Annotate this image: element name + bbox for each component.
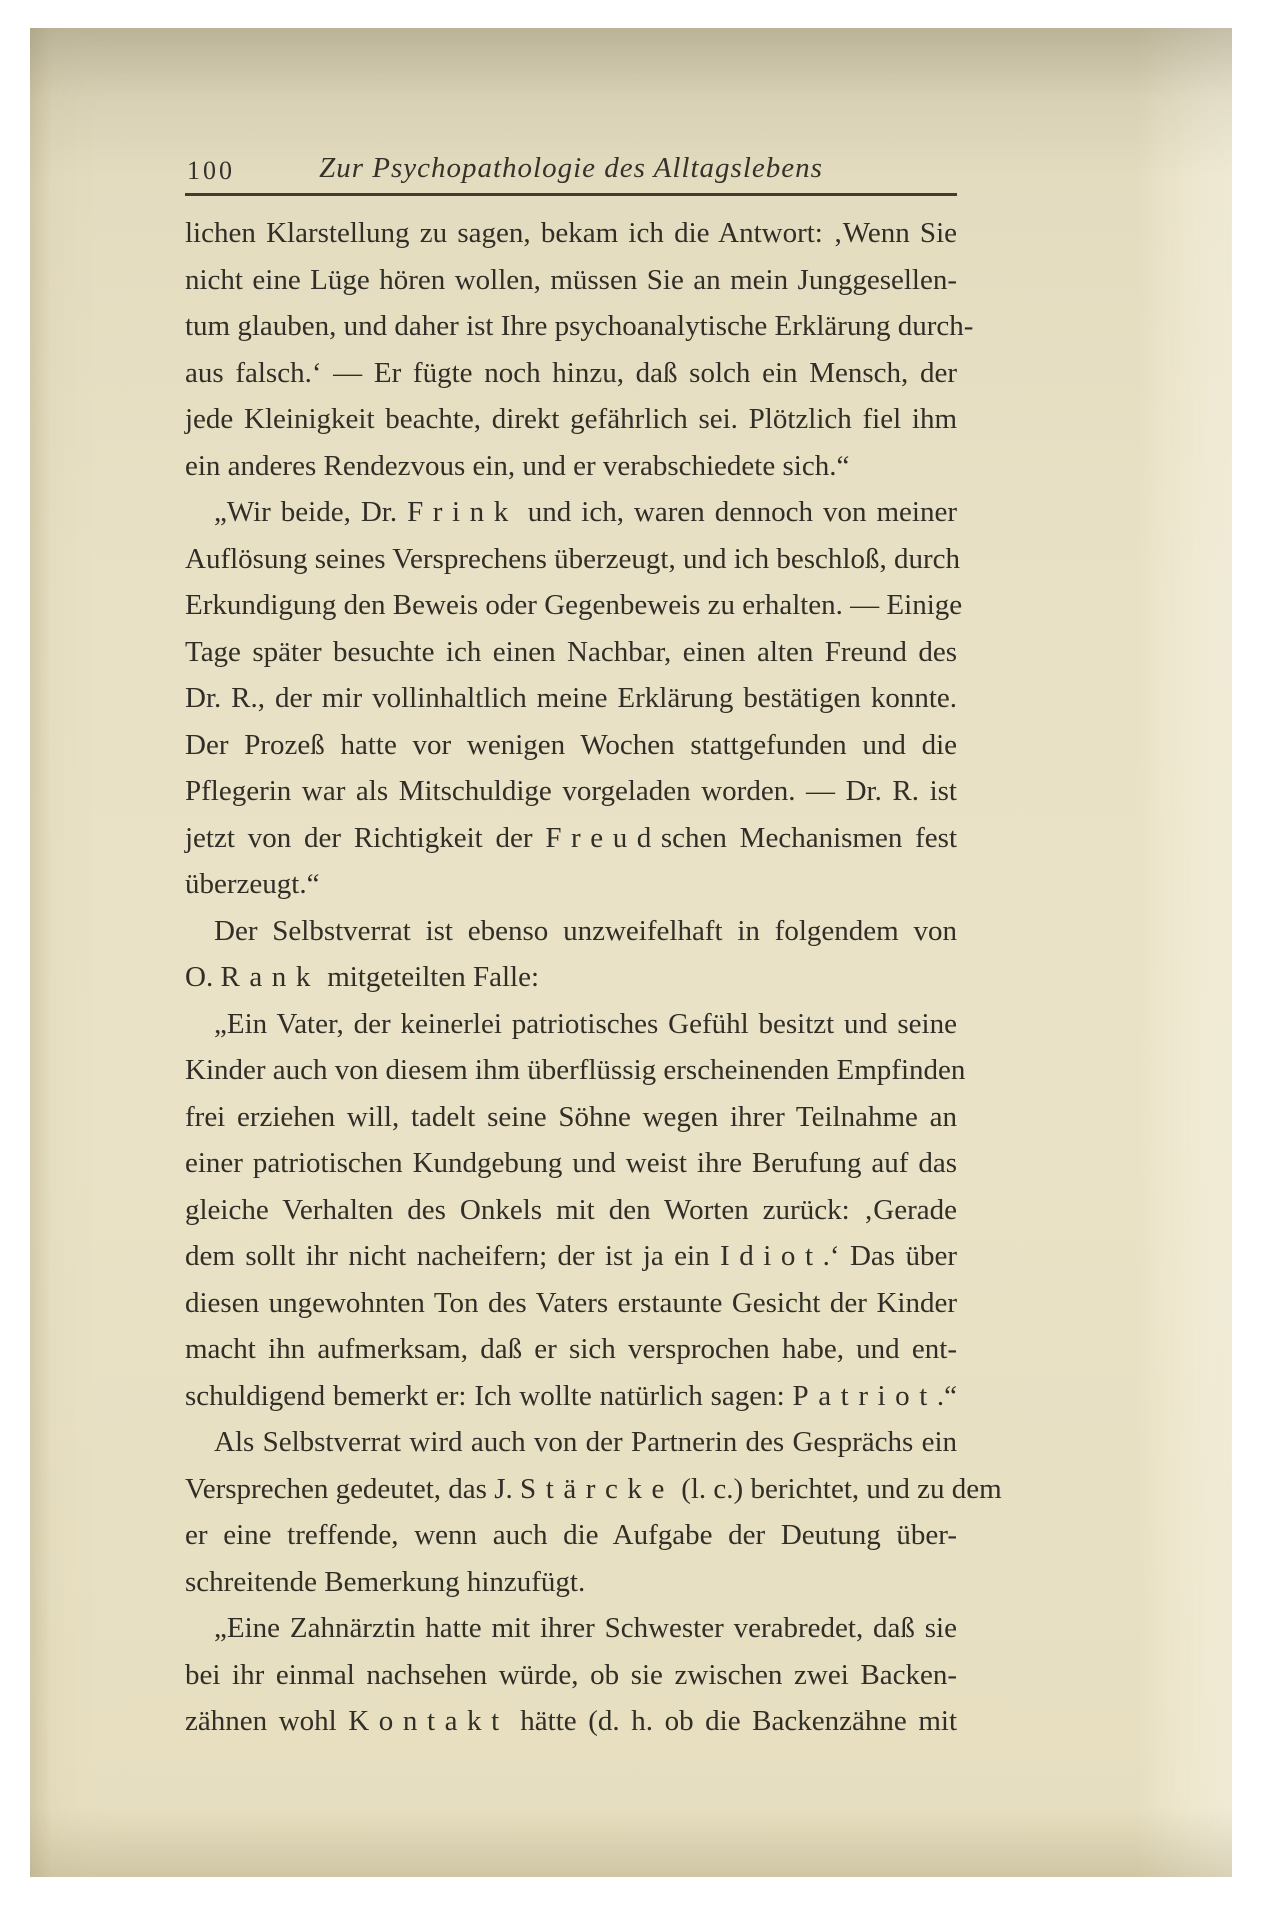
text-segment: er eine treffende, wenn auch die Aufgabe… <box>185 1519 957 1551</box>
text-line: Der Selbstverrat ist ebenso unzweifelhaf… <box>185 908 957 955</box>
text-line: schreitende Bemerkung hinzufügt. <box>185 1559 957 1606</box>
text-segment: (l. c.) berichtet, und zu dem <box>674 1473 1002 1505</box>
text-line: gleiche Verhalten des Onkels mit den Wor… <box>185 1187 957 1234</box>
text-line: Tage später besuchte ich einen Nachbar, … <box>185 629 957 676</box>
emphasized-word: Freud <box>545 822 661 854</box>
text-line: O. Rank mitgeteilten Falle: <box>185 954 957 1001</box>
text-segment: O. <box>185 961 220 993</box>
text-line: Auflösung seines Versprechens überzeugt,… <box>185 536 957 583</box>
text-segment: und ich, waren dennoch von meiner <box>518 496 957 528</box>
text-line: er eine treffende, wenn auch die Aufgabe… <box>185 1512 957 1559</box>
text-line: bei ihr einmal nachsehen würde, ob sie z… <box>185 1652 957 1699</box>
text-segment: Tage später besuchte ich einen Nachbar, … <box>185 636 957 668</box>
text-line: macht ihn aufmerksam, daß er sich verspr… <box>185 1326 957 1373</box>
emphasized-word: Rank <box>220 961 320 993</box>
emphasized-word: Kontakt <box>348 1705 508 1737</box>
emphasized-word: Stärcke <box>520 1473 674 1505</box>
book-page: 100 Zur Psychopathologie des Alltagslebe… <box>30 28 1232 1877</box>
text-segment: Versprechen gedeutet, das J. <box>185 1473 520 1505</box>
text-segment: Dr. R., der mir vollinhaltlich meine Erk… <box>185 682 957 714</box>
emphasized-word: Idiot <box>720 1240 823 1272</box>
text-segment: .“ <box>937 1380 957 1412</box>
text-line: zähnen wohl Kontakt hätte (d. h. ob die … <box>185 1698 957 1745</box>
running-header-title: Zur Psychopathologie des Alltagslebens <box>185 150 957 186</box>
text-segment: diesen ungewohnten Ton des Vaters erstau… <box>185 1287 957 1319</box>
text-segment: jede Kleinigkeit beachte, direkt gefährl… <box>185 403 957 435</box>
text-segment: bei ihr einmal nachsehen würde, ob sie z… <box>185 1659 957 1691</box>
text-segment: Der Selbstverrat ist ebenso unzweifelhaf… <box>214 915 957 947</box>
text-segment: Der Prozeß hatte vor wenigen Wochen stat… <box>185 729 957 761</box>
text-segment: Pflegerin war als Mitschuldige vorgelade… <box>185 775 957 807</box>
text-line: einer patriotischen Kundgebung und weist… <box>185 1140 957 1187</box>
text-line: überzeugt.“ <box>185 861 957 908</box>
text-line: Versprechen gedeutet, das J. Stärcke (l.… <box>185 1466 957 1513</box>
emphasized-word: Patriot <box>793 1380 937 1412</box>
text-line: „Wir beide, Dr. Frink und ich, waren den… <box>185 489 957 536</box>
text-line: lichen Klarstellung zu sagen, bekam ich … <box>185 210 957 257</box>
scan-background: 100 Zur Psychopathologie des Alltagslebe… <box>0 0 1264 1910</box>
text-segment: dem sollt ihr nicht nacheifern; der ist … <box>185 1240 720 1272</box>
text-segment: Erkundigung den Beweis oder Gegenbeweis … <box>185 589 962 621</box>
text-segment: Kinder auch von diesem ihm überflüssig e… <box>185 1054 965 1086</box>
text-segment: tum glauben, und daher ist Ihre psychoan… <box>185 310 973 342</box>
text-segment: schen Mechanismen fest <box>661 822 957 854</box>
text-segment: schreitende Bemerkung hinzufügt. <box>185 1566 585 1598</box>
text-line: Dr. R., der mir vollinhaltlich meine Erk… <box>185 675 957 722</box>
text-line: Kinder auch von diesem ihm überflüssig e… <box>185 1047 957 1094</box>
text-segment: überzeugt.“ <box>185 868 319 900</box>
text-segment: ein anderes Rendezvous ein, und er verab… <box>185 450 849 482</box>
text-segment: hätte (d. h. ob die Backenzähne mit <box>509 1705 957 1737</box>
text-segment: „Ein Vater, der keinerlei patriotisches … <box>214 1008 957 1040</box>
text-segment: zähnen wohl <box>185 1705 348 1737</box>
text-segment: schuldigend bemerkt er: Ich wollte natür… <box>185 1380 793 1412</box>
text-segment: jetzt von der Richtigkeit der <box>185 822 545 854</box>
text-segment: „Eine Zahnärztin hatte mit ihrer Schwest… <box>214 1612 957 1644</box>
text-line: frei erziehen will, tadelt seine Söhne w… <box>185 1094 957 1141</box>
text-line: „Ein Vater, der keinerlei patriotisches … <box>185 1001 957 1048</box>
text-line: diesen ungewohnten Ton des Vaters erstau… <box>185 1280 957 1327</box>
text-line: jede Kleinigkeit beachte, direkt gefährl… <box>185 396 957 443</box>
text-segment: nicht eine Lüge hören wollen, müssen Sie… <box>185 264 957 296</box>
text-segment: lichen Klarstellung zu sagen, bekam ich … <box>185 217 957 249</box>
text-segment: „Wir beide, Dr. <box>214 496 407 528</box>
emphasized-word: Frink <box>407 496 518 528</box>
text-segment: Auflösung seines Versprechens überzeugt,… <box>185 543 960 575</box>
text-line: aus falsch.‘ — Er fügte noch hinzu, daß … <box>185 350 957 397</box>
text-line: jetzt von der Richtigkeit der Freudschen… <box>185 815 957 862</box>
running-head: 100 Zur Psychopathologie des Alltagslebe… <box>185 150 957 186</box>
text-segment: Als Selbstverrat wird auch von der Partn… <box>214 1426 957 1458</box>
text-line: Pflegerin war als Mitschuldige vorgelade… <box>185 768 957 815</box>
text-line: tum glauben, und daher ist Ihre psychoan… <box>185 303 957 350</box>
text-segment: aus falsch.‘ — Er fügte noch hinzu, daß … <box>185 357 957 389</box>
text-segment: einer patriotischen Kundgebung und weist… <box>185 1147 957 1179</box>
text-segment: gleiche Verhalten des Onkels mit den Wor… <box>185 1194 957 1226</box>
body-text-block: lichen Klarstellung zu sagen, bekam ich … <box>185 210 957 1745</box>
header-rule <box>185 193 957 196</box>
page-content: 100 Zur Psychopathologie des Alltagslebe… <box>185 28 957 1745</box>
text-segment: macht ihn aufmerksam, daß er sich verspr… <box>185 1333 957 1365</box>
text-line: Der Prozeß hatte vor wenigen Wochen stat… <box>185 722 957 769</box>
text-line: nicht eine Lüge hören wollen, müssen Sie… <box>185 257 957 304</box>
text-line: Als Selbstverrat wird auch von der Partn… <box>185 1419 957 1466</box>
text-line: Erkundigung den Beweis oder Gegenbeweis … <box>185 582 957 629</box>
text-segment: mitgeteilten Falle: <box>320 961 539 993</box>
text-segment: frei erziehen will, tadelt seine Söhne w… <box>185 1101 957 1133</box>
text-line: schuldigend bemerkt er: Ich wollte natür… <box>185 1373 957 1420</box>
page-number: 100 <box>187 156 235 186</box>
text-line: ein anderes Rendezvous ein, und er verab… <box>185 443 957 490</box>
text-segment: .‘ Das über <box>823 1240 957 1272</box>
text-line: „Eine Zahnärztin hatte mit ihrer Schwest… <box>185 1605 957 1652</box>
text-line: dem sollt ihr nicht nacheifern; der ist … <box>185 1233 957 1280</box>
